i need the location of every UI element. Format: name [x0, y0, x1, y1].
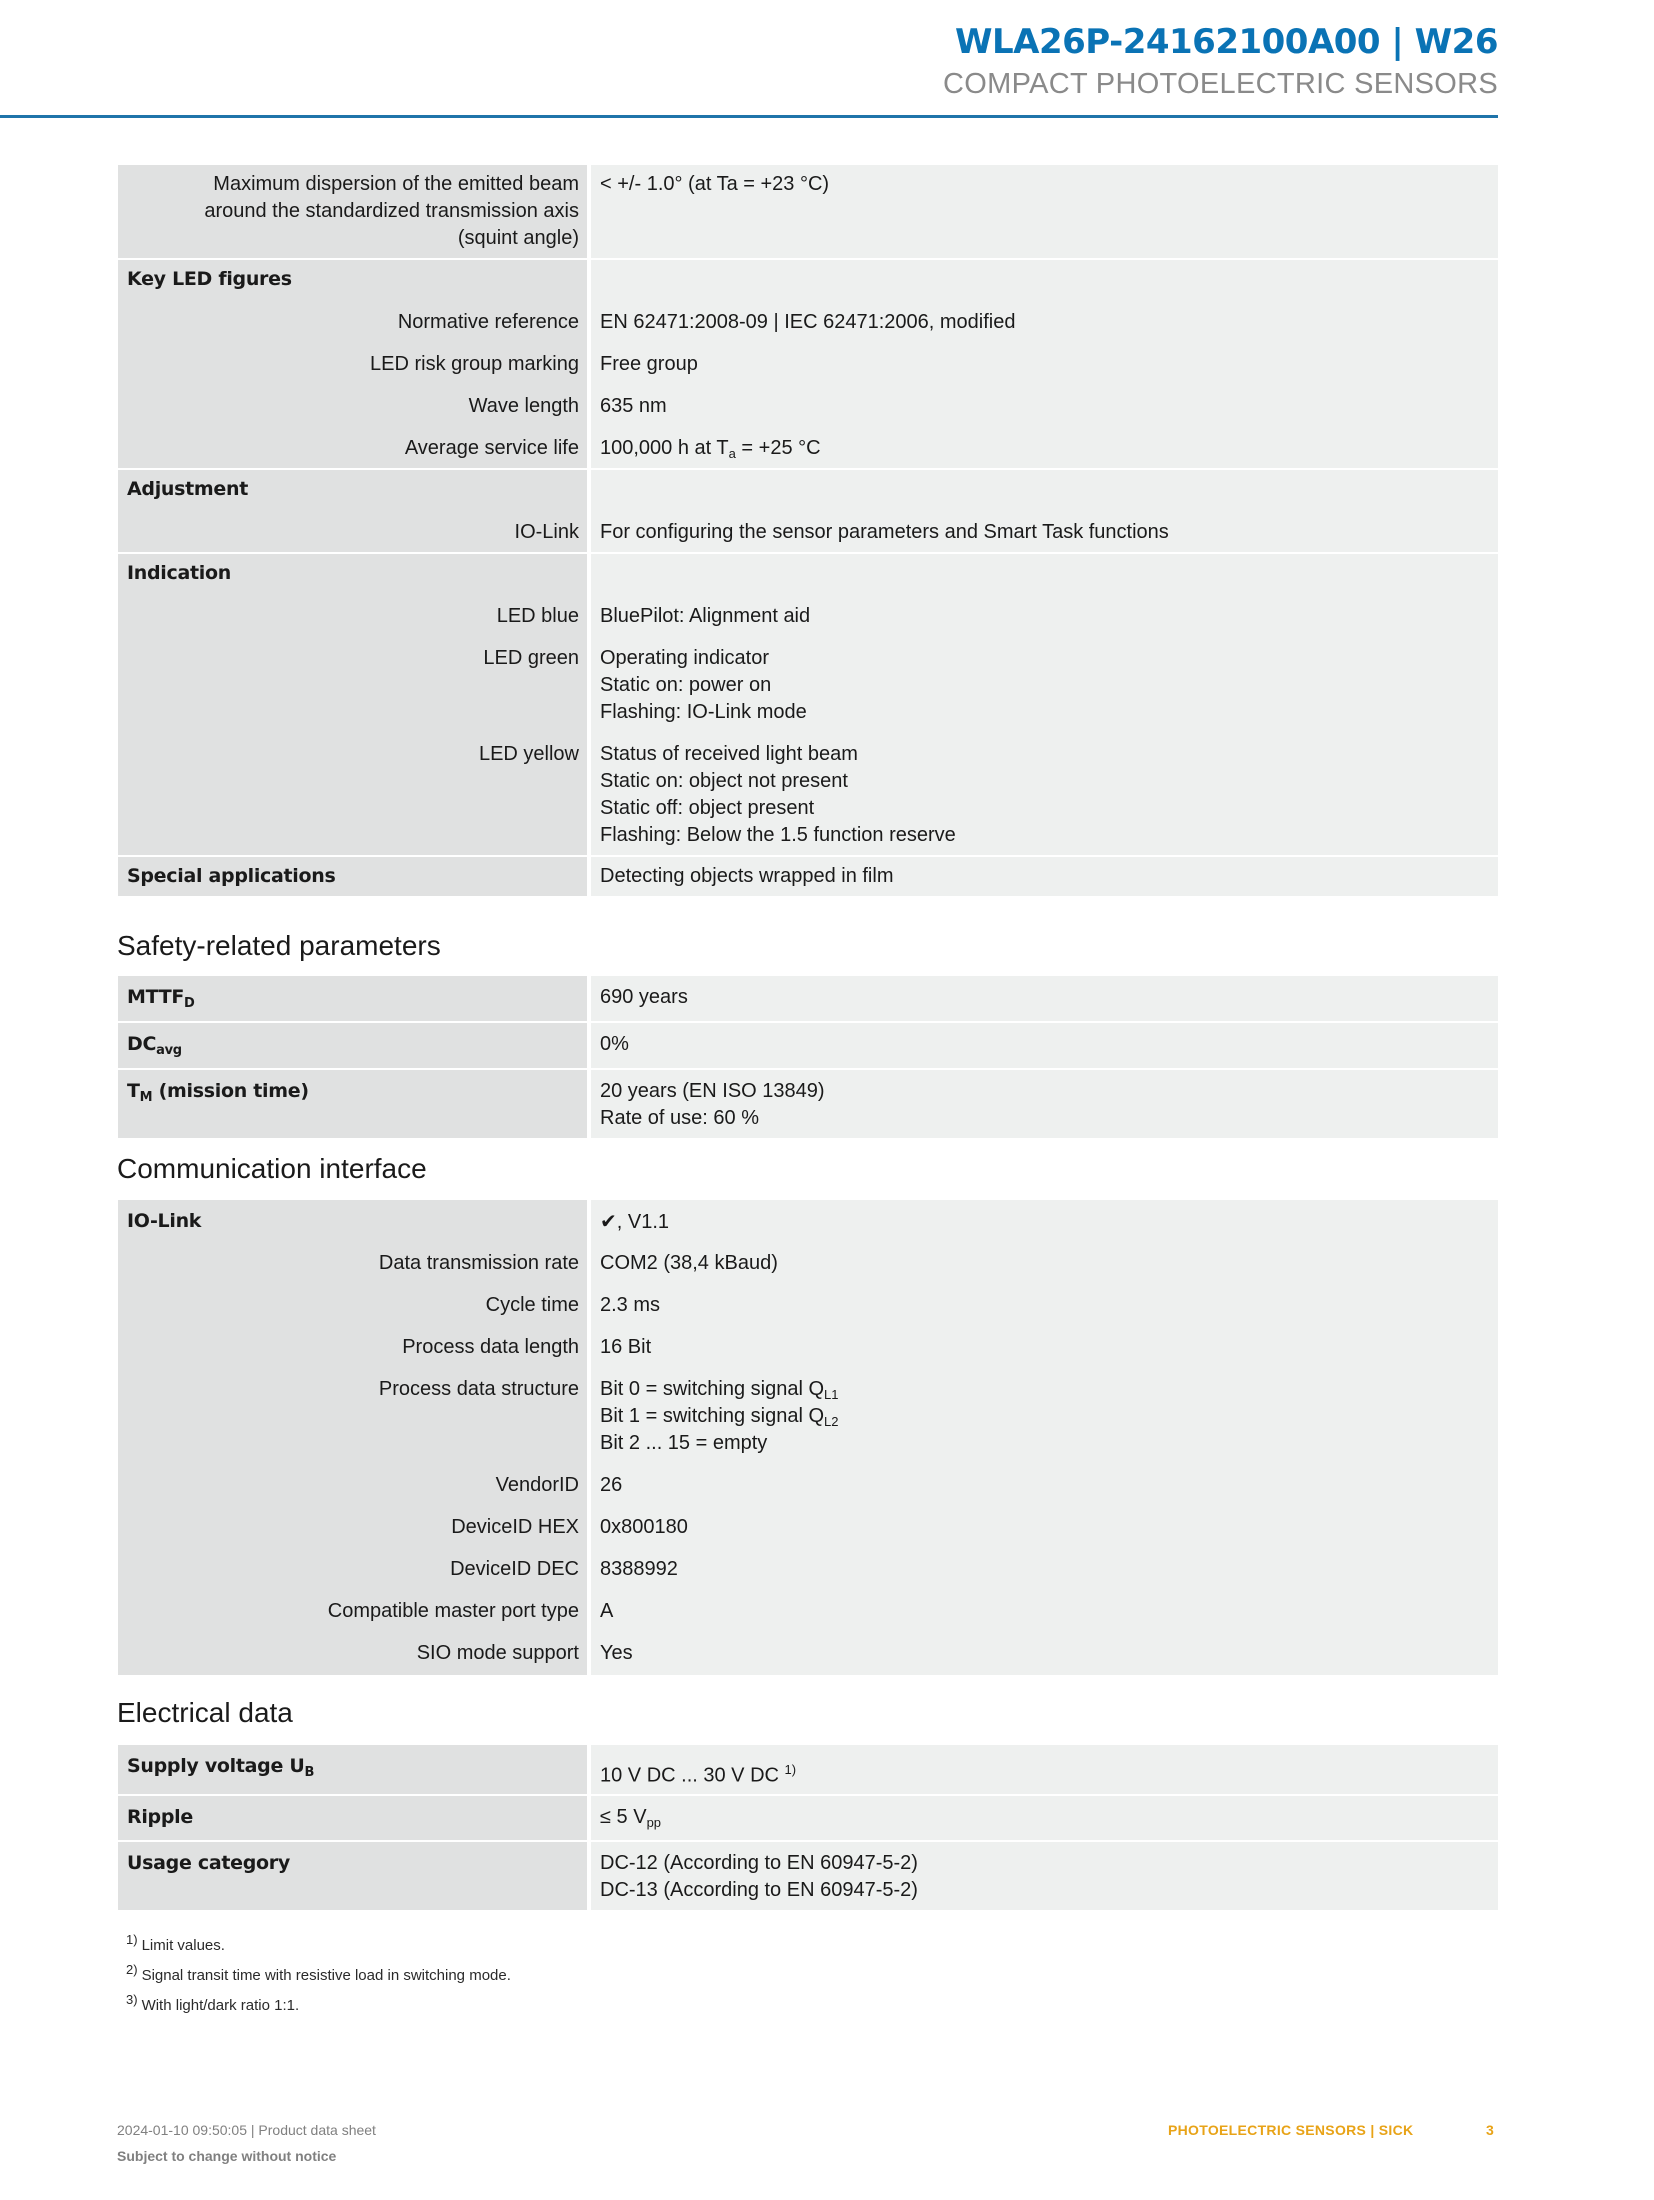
spec-value: Detecting objects wrapped in film — [600, 863, 1489, 890]
spec-label: MTTFD — [127, 984, 579, 1011]
spec-value: Free group — [600, 351, 1489, 378]
spec-value: DC-13 (According to EN 60947-5-2) — [600, 1877, 1489, 1904]
group-heading: Adjustment — [127, 476, 579, 503]
spec-value: 100,000 h at Ta = +25 °C — [600, 435, 1489, 462]
spec-value: Flashing: Below the 1.5 function reserve — [600, 822, 1489, 849]
communication-spec-table: IO-Link Data transmission rate Cycle tim… — [118, 1200, 1498, 1675]
spec-value: Static off: object present — [600, 795, 1489, 822]
spec-label: LED yellow — [127, 741, 579, 768]
table-row-supply-voltage: Supply voltage UB 10 V DC ... 30 V DC 1) — [118, 1745, 1498, 1794]
table-row-special-applications: Special applications Detecting objects w… — [118, 855, 1498, 896]
spec-label: DeviceID DEC — [127, 1556, 579, 1583]
spec-value: Bit 1 = switching signal QL2 — [600, 1403, 1489, 1430]
spec-value: DC-12 (According to EN 60947-5-2) — [600, 1850, 1489, 1877]
spec-label: Maximum dispersion of the emitted beam — [127, 171, 579, 198]
table-row-indication: Indication LED blue LED green LED yellow… — [118, 552, 1498, 855]
spec-value: 8388992 — [600, 1556, 1489, 1583]
spec-value: 26 — [600, 1472, 1489, 1499]
spec-label: Normative reference — [127, 309, 579, 336]
spec-value: COM2 (38,4 kBaud) — [600, 1250, 1489, 1277]
spec-value: 0x800180 — [600, 1514, 1489, 1541]
section-title-safety: Safety-related parameters — [117, 930, 441, 962]
spec-value: 635 nm — [600, 393, 1489, 420]
spec-value: ≤ 5 Vpp — [600, 1804, 1489, 1831]
spec-value: EN 62471:2008-09 | IEC 62471:2006, modif… — [600, 309, 1489, 336]
table-row-mission-time: TM (mission time) 20 years (EN ISO 13849… — [118, 1068, 1498, 1138]
spec-value: 20 years (EN ISO 13849) — [600, 1078, 1489, 1105]
spec-label: VendorID — [127, 1472, 579, 1499]
spec-label: LED risk group marking — [127, 351, 579, 378]
footer-brand: PHOTOELECTRIC SENSORS | SICK — [1168, 2122, 1413, 2138]
spec-label: Compatible master port type — [127, 1598, 579, 1625]
spec-label: around the standardized transmission axi… — [127, 198, 579, 225]
spec-label: Usage category — [127, 1850, 579, 1877]
general-spec-table: Maximum dispersion of the emitted beam a… — [118, 165, 1498, 896]
page-number: 3 — [1486, 2122, 1494, 2138]
spec-label: Ripple — [127, 1804, 579, 1831]
spec-label: Supply voltage UB — [127, 1753, 579, 1780]
spec-value: Bit 2 ... 15 = empty — [600, 1430, 1489, 1457]
spec-value: Rate of use: 60 % — [600, 1105, 1489, 1132]
spec-value: 16 Bit — [600, 1334, 1489, 1361]
table-row-dcavg: DCavg 0% — [118, 1021, 1498, 1068]
spec-value: Status of received light beam — [600, 741, 1489, 768]
spec-label: Cycle time — [127, 1292, 579, 1319]
section-title-communication: Communication interface — [117, 1153, 427, 1185]
spec-label: TM (mission time) — [127, 1078, 579, 1105]
spec-label: SIO mode support — [127, 1640, 579, 1667]
safety-spec-table: MTTFD 690 years DCavg 0% TM (mission tim… — [118, 976, 1498, 1138]
header-divider — [0, 115, 1498, 118]
spec-label: Average service life — [127, 435, 579, 462]
spec-value: Bit 0 = switching signal QL1 — [600, 1376, 1489, 1403]
spec-value: Operating indicator — [600, 645, 1489, 672]
spec-value: 0% — [600, 1031, 1489, 1058]
group-heading: Key LED figures — [127, 266, 579, 293]
spec-value: BluePilot: Alignment aid — [600, 603, 1489, 630]
spec-value: For configuring the sensor parameters an… — [600, 519, 1489, 546]
spec-value: Static on: power on — [600, 672, 1489, 699]
spec-label: LED green — [127, 645, 579, 672]
footer-notice: Subject to change without notice — [117, 2148, 336, 2164]
spec-label: DeviceID HEX — [127, 1514, 579, 1541]
product-title: WLA26P-24162100A00 | W26 — [955, 22, 1498, 62]
group-heading: Indication — [127, 560, 579, 587]
spec-value: ✔, V1.1 — [600, 1208, 1489, 1235]
product-category: COMPACT PHOTOELECTRIC SENSORS — [943, 68, 1498, 101]
footer-timestamp: 2024-01-10 09:50:05 | Product data sheet — [117, 2122, 376, 2138]
spec-label: IO-Link — [127, 519, 579, 546]
table-row-usage-category: Usage category DC-12 (According to EN 60… — [118, 1840, 1498, 1910]
spec-value: 690 years — [600, 984, 1489, 1011]
spec-label: Process data length — [127, 1334, 579, 1361]
spec-value: Yes — [600, 1640, 1489, 1667]
table-row-io-link: IO-Link Data transmission rate Cycle tim… — [118, 1200, 1498, 1675]
electrical-spec-table: Supply voltage UB 10 V DC ... 30 V DC 1)… — [118, 1745, 1498, 1910]
table-row-mttfd: MTTFD 690 years — [118, 976, 1498, 1021]
table-row-key-led: Key LED figures Normative reference LED … — [118, 258, 1498, 468]
group-heading: IO-Link — [127, 1208, 579, 1235]
spec-label: DCavg — [127, 1031, 579, 1058]
spec-value: 2.3 ms — [600, 1292, 1489, 1319]
spec-label: Wave length — [127, 393, 579, 420]
spec-value: 10 V DC ... 30 V DC 1) — [600, 1756, 1489, 1783]
spec-label: Data transmission rate — [127, 1250, 579, 1277]
spec-label: LED blue — [127, 603, 579, 630]
footnote: 3)With light/dark ratio 1:1. — [126, 1992, 299, 2014]
spec-value: Flashing: IO-Link mode — [600, 699, 1489, 726]
group-heading: Special applications — [127, 863, 579, 890]
spec-label: Process data structure — [127, 1376, 579, 1403]
table-row-ripple: Ripple ≤ 5 Vpp — [118, 1794, 1498, 1840]
footnote-ref: 1) — [785, 1762, 797, 1777]
footnote: 2)Signal transit time with resistive loa… — [126, 1962, 511, 1984]
section-title-electrical: Electrical data — [117, 1697, 293, 1729]
spec-value: A — [600, 1598, 1489, 1625]
spec-label: (squint angle) — [127, 225, 579, 252]
table-row-dispersion: Maximum dispersion of the emitted beam a… — [118, 165, 1498, 258]
spec-value: < +/- 1.0° (at Ta = +23 °C) — [600, 171, 1489, 198]
footnote: 1)Limit values. — [126, 1932, 225, 1954]
check-icon: ✔ — [600, 1209, 617, 1233]
spec-value: Static on: object not present — [600, 768, 1489, 795]
table-row-adjustment: Adjustment IO-Link For configuring the s… — [118, 468, 1498, 552]
